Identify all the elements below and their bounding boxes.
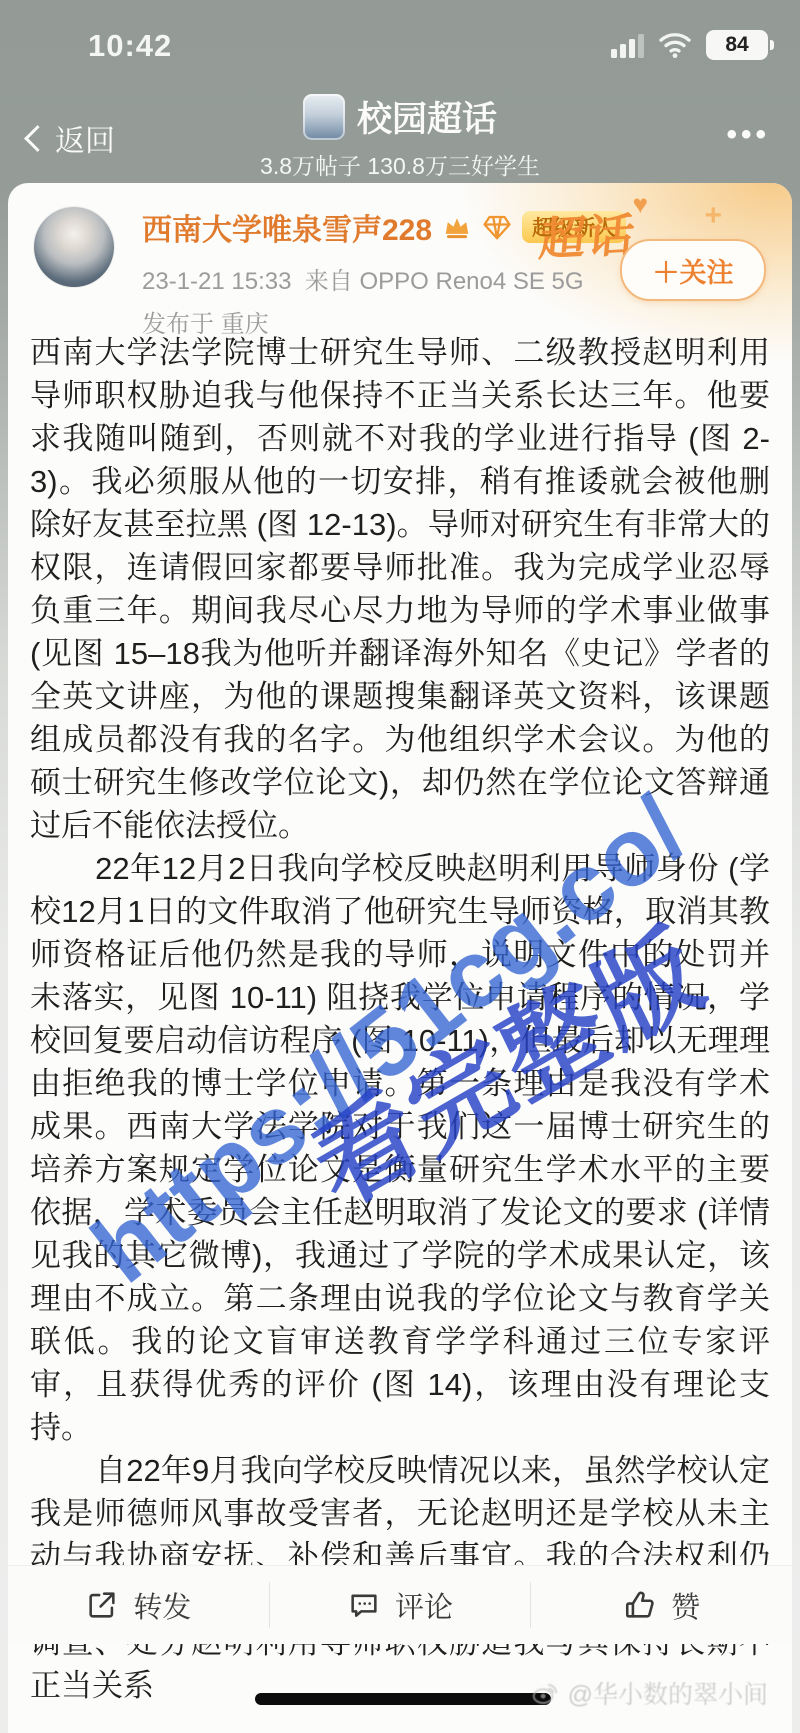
bottom-watermark: @华小数的翠小间 [530,1675,768,1711]
comment-icon [347,1588,381,1622]
weibo-logo-icon [530,1678,560,1708]
repost-label: 转发 [133,1585,191,1626]
home-indicator[interactable] [255,1693,551,1705]
follow-button[interactable]: ＋关注 [620,239,766,301]
status-bar: 10:42 84 [0,24,800,72]
like-label: 赞 [671,1585,700,1626]
paragraph-1: 西南大学法学院博士研究生导师、二级教授赵明利用导师职权胁迫我与他保持不正当关系长… [30,331,770,847]
watermark-handle: @华小数的翠小间 [568,1675,768,1711]
post-meta: 23-1-21 15:33 来自 OPPO Reno4 SE 5G [142,261,516,296]
comment-button[interactable]: 评论 [270,1566,531,1644]
supertopic-stats: 3.8万帖子 130.8万三好学生 [0,148,800,181]
nav-bar: 返回 校园超话 3.8万帖子 130.8万三好学生 ••• [0,92,800,178]
comment-label: 评论 [395,1585,453,1626]
more-options-button[interactable]: ••• [726,118,770,152]
nav-center[interactable]: 校园超话 3.8万帖子 130.8万三好学生 [0,92,800,181]
post-body: 西南大学法学院博士研究生导师、二级教授赵明利用导师职权胁迫我与他保持不正当关系长… [30,331,770,1707]
page-title: 校园超话 [357,92,497,142]
username[interactable]: 西南大学唯泉雪声228 [142,205,432,249]
post-time: 23-1-21 15:33 [142,268,291,295]
supertopic-cover-thumbnail [303,94,345,140]
post-source[interactable]: 来自 OPPO Reno4 SE 5G [305,268,584,295]
user-block: 西南大学唯泉雪声228 超级新人 23-1-21 15:33 来自 OPPO R… [142,205,516,339]
crown-badge-icon [442,212,472,242]
repost-icon [85,1588,119,1622]
battery-icon: 84 [706,30,768,60]
wifi-icon [658,31,692,59]
action-bar: 转发 评论 赞 [8,1565,792,1644]
status-time: 10:42 [88,28,172,64]
like-button[interactable]: 赞 [531,1566,792,1644]
post-header: 西南大学唯泉雪声228 超级新人 23-1-21 15:33 来自 OPPO R… [34,205,766,345]
gem-badge-icon [482,212,512,242]
status-icons: 84 [611,30,768,60]
signal-strength-icon [611,32,644,58]
screen: 10:42 84 返回 校园超话 3.8万帖子 130.8万三好学生 [0,0,800,1733]
like-icon [623,1588,657,1622]
paragraph-2: 22年12月2日我向学校反映赵明利用导师身份 (学校12月1日的文件取消了他研究… [30,847,770,1449]
avatar[interactable] [34,207,114,287]
heart-icon: ♥ [633,189,648,220]
repost-button[interactable]: 转发 [8,1566,269,1644]
post-card: + + 西南大学唯泉雪声228 超级新人 [8,183,792,1733]
battery-percent: 84 [725,33,748,57]
